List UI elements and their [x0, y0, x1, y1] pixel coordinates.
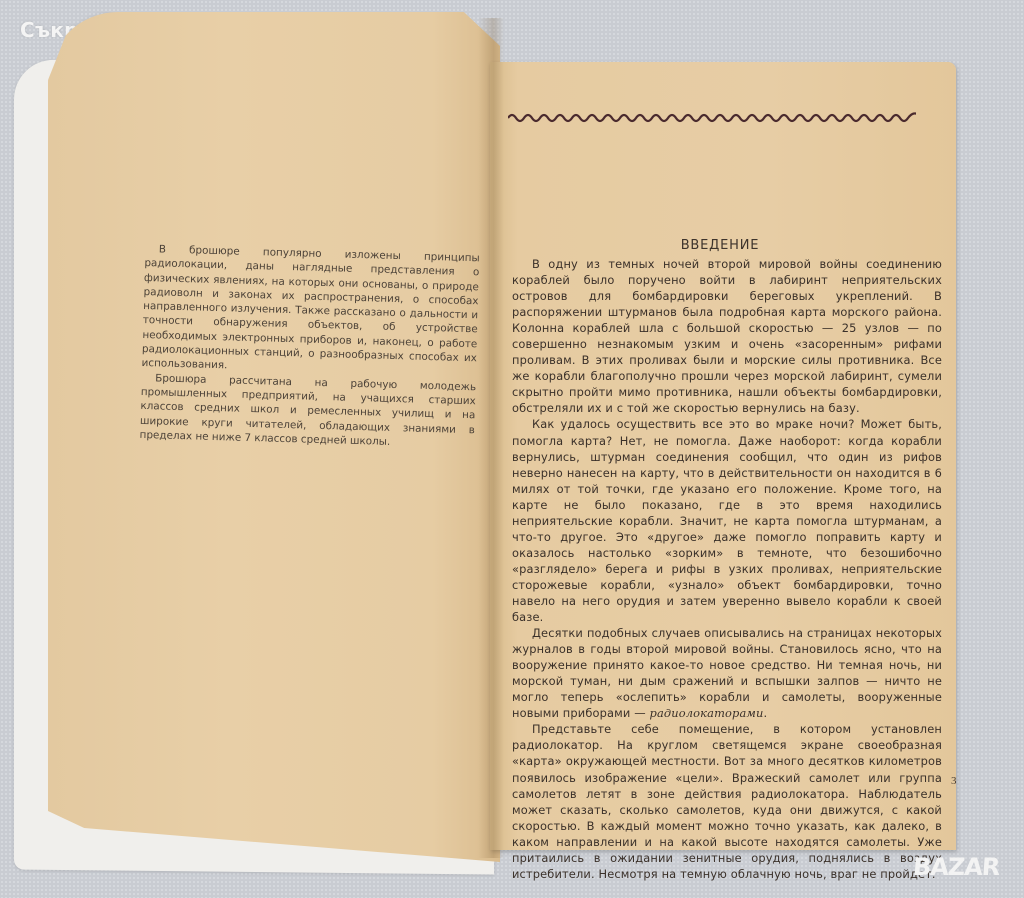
body-text: В одну из темных ночей второй мировой во… — [512, 256, 942, 882]
body-paragraph: Как удалось осуществить все это во мраке… — [512, 416, 942, 625]
body-paragraph: Представьте себе помещение, в котором ус… — [512, 721, 942, 881]
chapter-title: ВВЕДЕНИЕ — [500, 238, 940, 253]
page-number: 3 — [951, 775, 957, 787]
italic-term-suffix: . — [764, 706, 768, 720]
book-gutter — [478, 18, 504, 858]
abstract-paragraph: Брошюра рассчитана на рабочую молодежь п… — [139, 371, 476, 452]
body-paragraph: В одну из темных ночей второй мировой во… — [512, 256, 942, 416]
body-paragraph: Десятки подобных случаев описывались на … — [512, 625, 942, 721]
abstract-block: В брошюре популярно изложены принципы ра… — [139, 242, 479, 451]
wavy-rule-ornament — [508, 110, 916, 124]
italic-term: радиолокаторами — [650, 706, 764, 720]
abstract-paragraph: В брошюре популярно изложены принципы ра… — [141, 242, 479, 380]
bazar-logo: BAZAR — [912, 853, 1000, 881]
